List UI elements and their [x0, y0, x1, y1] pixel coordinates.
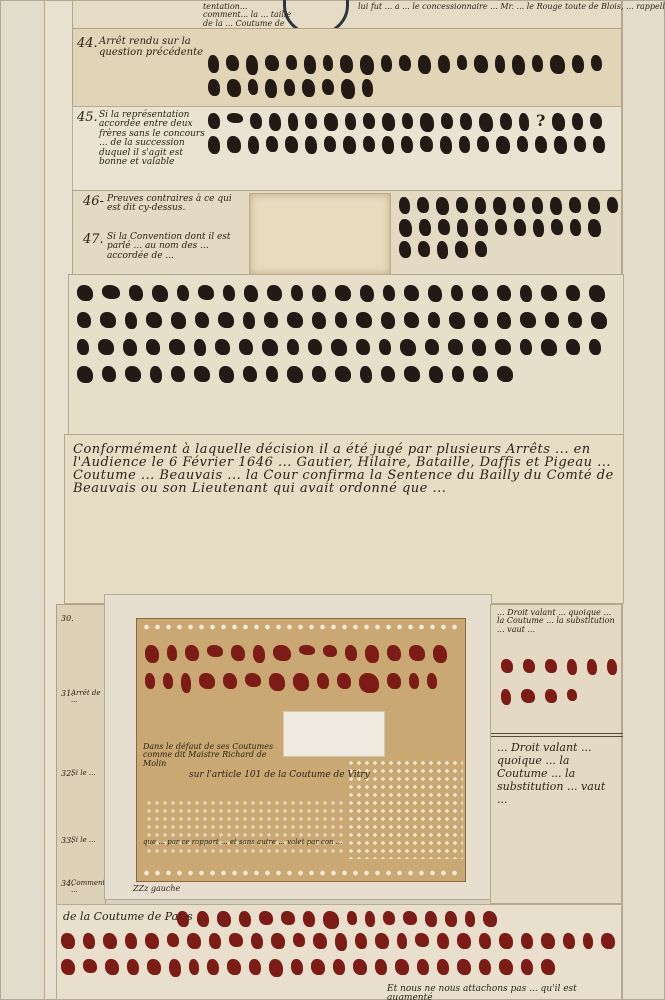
red-glyph-row [501, 659, 619, 705]
article-44-text: Arrêt rendu sur la question précédente [99, 37, 209, 58]
black-glyph-block [399, 197, 619, 259]
article-46-text: Preuves contraires à ce qui est dit cy-d… [107, 195, 237, 214]
right-column-sheet: ... Droit valant ... quoique ... la Cout… [490, 604, 622, 904]
divider-line [491, 733, 623, 737]
article-44-number: 44. [77, 37, 98, 51]
black-glyph-block: ? [208, 113, 618, 154]
note-32-text: Si le ... [71, 770, 105, 777]
bottom-caption: de la Coutume de Paris [63, 911, 193, 923]
article-47-text: Si la Convention dont il est parlé ... a… [107, 233, 237, 261]
perforation-top [141, 623, 463, 631]
article-46-47-sheet: 46- Preuves contraires à ce qui est dit … [72, 190, 622, 276]
right-column-text-bottom: ... Droit valant ... quoique ... la Cout… [497, 741, 617, 806]
perforation-bottom [141, 869, 463, 877]
note-34-text: Comment ... [71, 880, 105, 895]
bottom-right-text: Et nous ne nous attachons pas ... qu'il … [387, 985, 619, 1000]
question-mark: ? [536, 113, 545, 132]
red-glyph-block [145, 645, 463, 693]
main-paragraph-sheet: Conformément à laquelle décision il a ét… [64, 434, 624, 604]
article-45-sheet: 45. Si la représentation accordée entre … [72, 106, 622, 192]
article-45-text: Si la représentation accordée entre deux… [99, 111, 209, 168]
card-caption-2: sur l'article 101 de la Coutume de Vitry [189, 771, 389, 780]
embossed-label [283, 711, 385, 757]
side-notes-strip: 30. 31. Arrêt de ... 32. Si le ... 33. S… [56, 604, 106, 920]
article-46-number: 46- [83, 195, 104, 209]
glyph [208, 55, 219, 73]
note-30-number: 30. [61, 615, 74, 623]
black-glyph-block [77, 285, 617, 383]
card-bottom-text: que ... par ce rapport ... et sans autre… [143, 839, 383, 846]
card-caption-1: Dans le défaut de ses Coutumes comme dit… [143, 743, 283, 768]
article-44-sheet: 44. Arrêt rendu sur la question précéden… [72, 28, 622, 108]
main-paragraph-text: Conformément à laquelle décision il a ét… [73, 443, 617, 495]
card-corner-note: ZZz gauche [133, 885, 180, 893]
top-right-fragment-text: lui fut ... a ... le concessionnaire ...… [358, 3, 665, 11]
left-edge-sheet [0, 0, 48, 1000]
note-33-text: Si le ... [71, 837, 105, 844]
article-45-number: 45. [77, 111, 98, 125]
note-31-text: Arrêt de ... [71, 690, 105, 705]
red-glyph-block [177, 911, 617, 929]
right-column-text-top: ... Droit valant ... quoique ... la Cout… [497, 609, 617, 634]
top-fragment: tentation... comment... la ... taille de… [72, 0, 622, 30]
black-glyph-row [208, 55, 618, 99]
perforated-card: Dans le défaut de ses Coutumes comme dit… [136, 618, 466, 882]
right-edge-sheet [622, 0, 665, 1000]
glyph-sheet [68, 274, 624, 436]
red-glyph-block [61, 933, 621, 977]
embossed-panel [249, 193, 391, 275]
article-47-number: 47. [83, 233, 104, 247]
punched-holes-rows [145, 799, 345, 855]
bottom-red-glyph-sheet: de la Coutume de Paris Et nous ne nous a… [56, 904, 622, 1000]
